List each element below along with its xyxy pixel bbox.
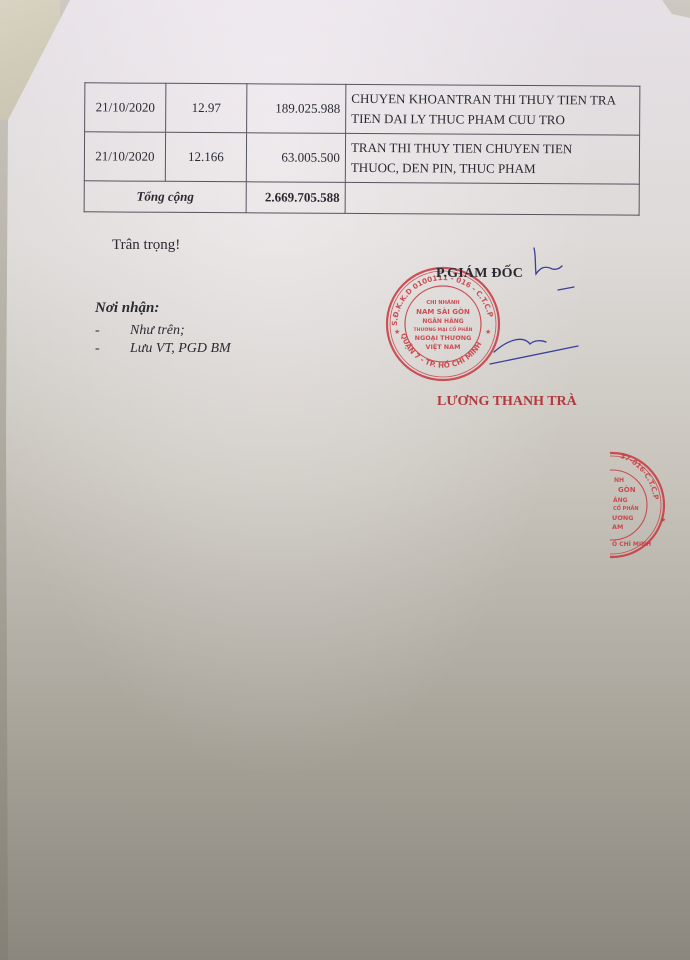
stamp-line: VIỆT NAM xyxy=(426,342,461,351)
signer-name: LƯƠNG THANH TRÀ xyxy=(437,394,577,410)
description-line: THUOC, DEN PIN, THUC PHAM xyxy=(351,158,634,180)
stamp-line: Ồ CHÍ MINH xyxy=(612,539,651,548)
row-amount: 63.005.500 xyxy=(246,133,345,183)
total-row: Tổng cộng 2.669.705.588 xyxy=(84,181,639,215)
stamp-line: NAM SÀI GÒN xyxy=(416,307,470,316)
stamp-line: CỔ PHẦN xyxy=(613,503,639,512)
stamp-line: NGÂN HÀNG xyxy=(422,318,463,325)
row-date: 21/10/2020 xyxy=(84,132,165,181)
recipients-list: - Như trên; - Lưu VT, PGD BM xyxy=(95,323,231,359)
description-line: TRAN THI THUY TIEN CHUYEN TIEN xyxy=(351,138,634,160)
recipient-text: Lưu VT, PGD BM xyxy=(130,341,231,359)
signer-title: P.GIÁM ĐỐC xyxy=(436,266,523,282)
svg-text:★: ★ xyxy=(394,328,400,336)
row-ref: 12.97 xyxy=(166,83,247,132)
stamp-line: CHI NHÁNH xyxy=(426,299,459,306)
transactions-table: 21/10/2020 12.97 189.025.988 CHUYEN KHOA… xyxy=(84,82,641,215)
company-stamp-icon: S.Đ.K.K.D 0100111 - 016 - C.T.C.P QUẬN 7… xyxy=(383,264,503,384)
stamp-line: AM xyxy=(612,523,623,531)
row-description: TRAN THI THUY TIEN CHUYEN TIEN THUOC, DE… xyxy=(345,133,639,184)
table-row: 21/10/2020 12.166 63.005.500 TRAN THI TH… xyxy=(84,132,639,184)
stamp-line: NGOẠI THƯƠNG xyxy=(415,334,472,342)
recipient-text: Như trên; xyxy=(130,323,185,341)
row-description: CHUYEN KHOANTRAN THI THUY TIEN TRA TIEN … xyxy=(346,84,640,135)
stamp-line: ƯƠNG xyxy=(612,514,634,522)
row-amount: 189.025.988 xyxy=(247,84,346,134)
bullet-dash: - xyxy=(95,323,130,341)
svg-text:★: ★ xyxy=(485,328,491,336)
stamp-line: ÀNG xyxy=(613,497,628,504)
recipient-item: - Như trên; xyxy=(95,323,231,341)
description-line: CHUYEN KHOANTRAN THI THUY TIEN TRA xyxy=(351,89,634,111)
description-line: TIEN DAI LY THUC PHAM CUU TRO xyxy=(351,109,634,131)
total-empty-cell xyxy=(345,182,639,215)
row-ref: 12.166 xyxy=(165,132,246,181)
bullet-dash: - xyxy=(95,341,130,359)
total-label: Tổng cộng xyxy=(84,181,246,213)
stamp-line: GÒN xyxy=(618,485,636,494)
table-row: 21/10/2020 12.97 189.025.988 CHUYEN KHOA… xyxy=(85,83,640,135)
partial-stamp-icon: 37-016-C.T.C.P NH GÒN ÀNG CỔ PHẦN ƯƠNG A… xyxy=(610,450,670,560)
closing-text: Trân trọng! xyxy=(112,237,180,254)
stamp-line: THƯƠNG MẠI CỔ PHẦN xyxy=(414,324,473,333)
svg-text:★: ★ xyxy=(660,516,666,524)
recipient-item: - Lưu VT, PGD BM xyxy=(95,341,231,359)
total-amount: 2.669.705.588 xyxy=(246,182,345,214)
stamp-line: NH xyxy=(614,477,624,484)
row-date: 21/10/2020 xyxy=(85,83,166,132)
recipients-title: Nơi nhận: xyxy=(95,300,159,317)
